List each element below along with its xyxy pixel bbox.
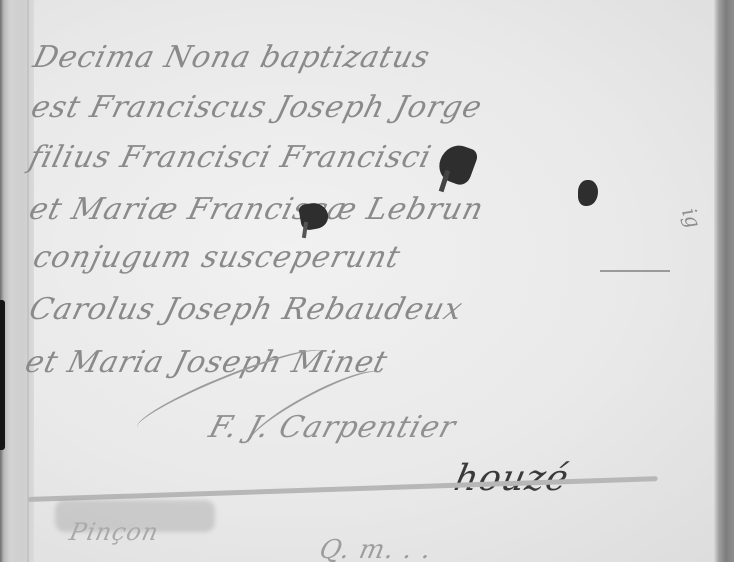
ink-blot-drip — [302, 222, 308, 238]
record-line-2: est Franciscus Joseph Jorge — [28, 90, 486, 125]
record-line-1: Decima Nona baptizatus — [30, 40, 434, 75]
record-line-3: filius Francisci Francisci — [26, 140, 436, 175]
line-flourish — [600, 270, 670, 272]
binding-shadow — [0, 300, 5, 450]
signature-witness: houzé — [451, 458, 573, 499]
page-right-edge — [714, 0, 734, 562]
page-fold — [27, 0, 29, 562]
record-line-6: Carolus Joseph Rebaudeux — [26, 292, 467, 327]
signature-priest: F. J. Carpentier — [205, 410, 460, 445]
record-line-4: et Mariæ Franciscæ Lebrun — [26, 192, 488, 227]
document-page: Decima Nona baptizatus est Franciscus Jo… — [0, 0, 734, 562]
record-line-5: conjugum susceperunt — [30, 240, 405, 275]
margin-note: ig — [677, 205, 706, 231]
next-entry-fragment: Q. m. . . — [317, 535, 435, 562]
ink-blot — [578, 180, 598, 206]
faded-bottom-text: Pinçon — [67, 518, 162, 546]
record-line-7: et Maria Joseph Minet — [22, 345, 392, 380]
